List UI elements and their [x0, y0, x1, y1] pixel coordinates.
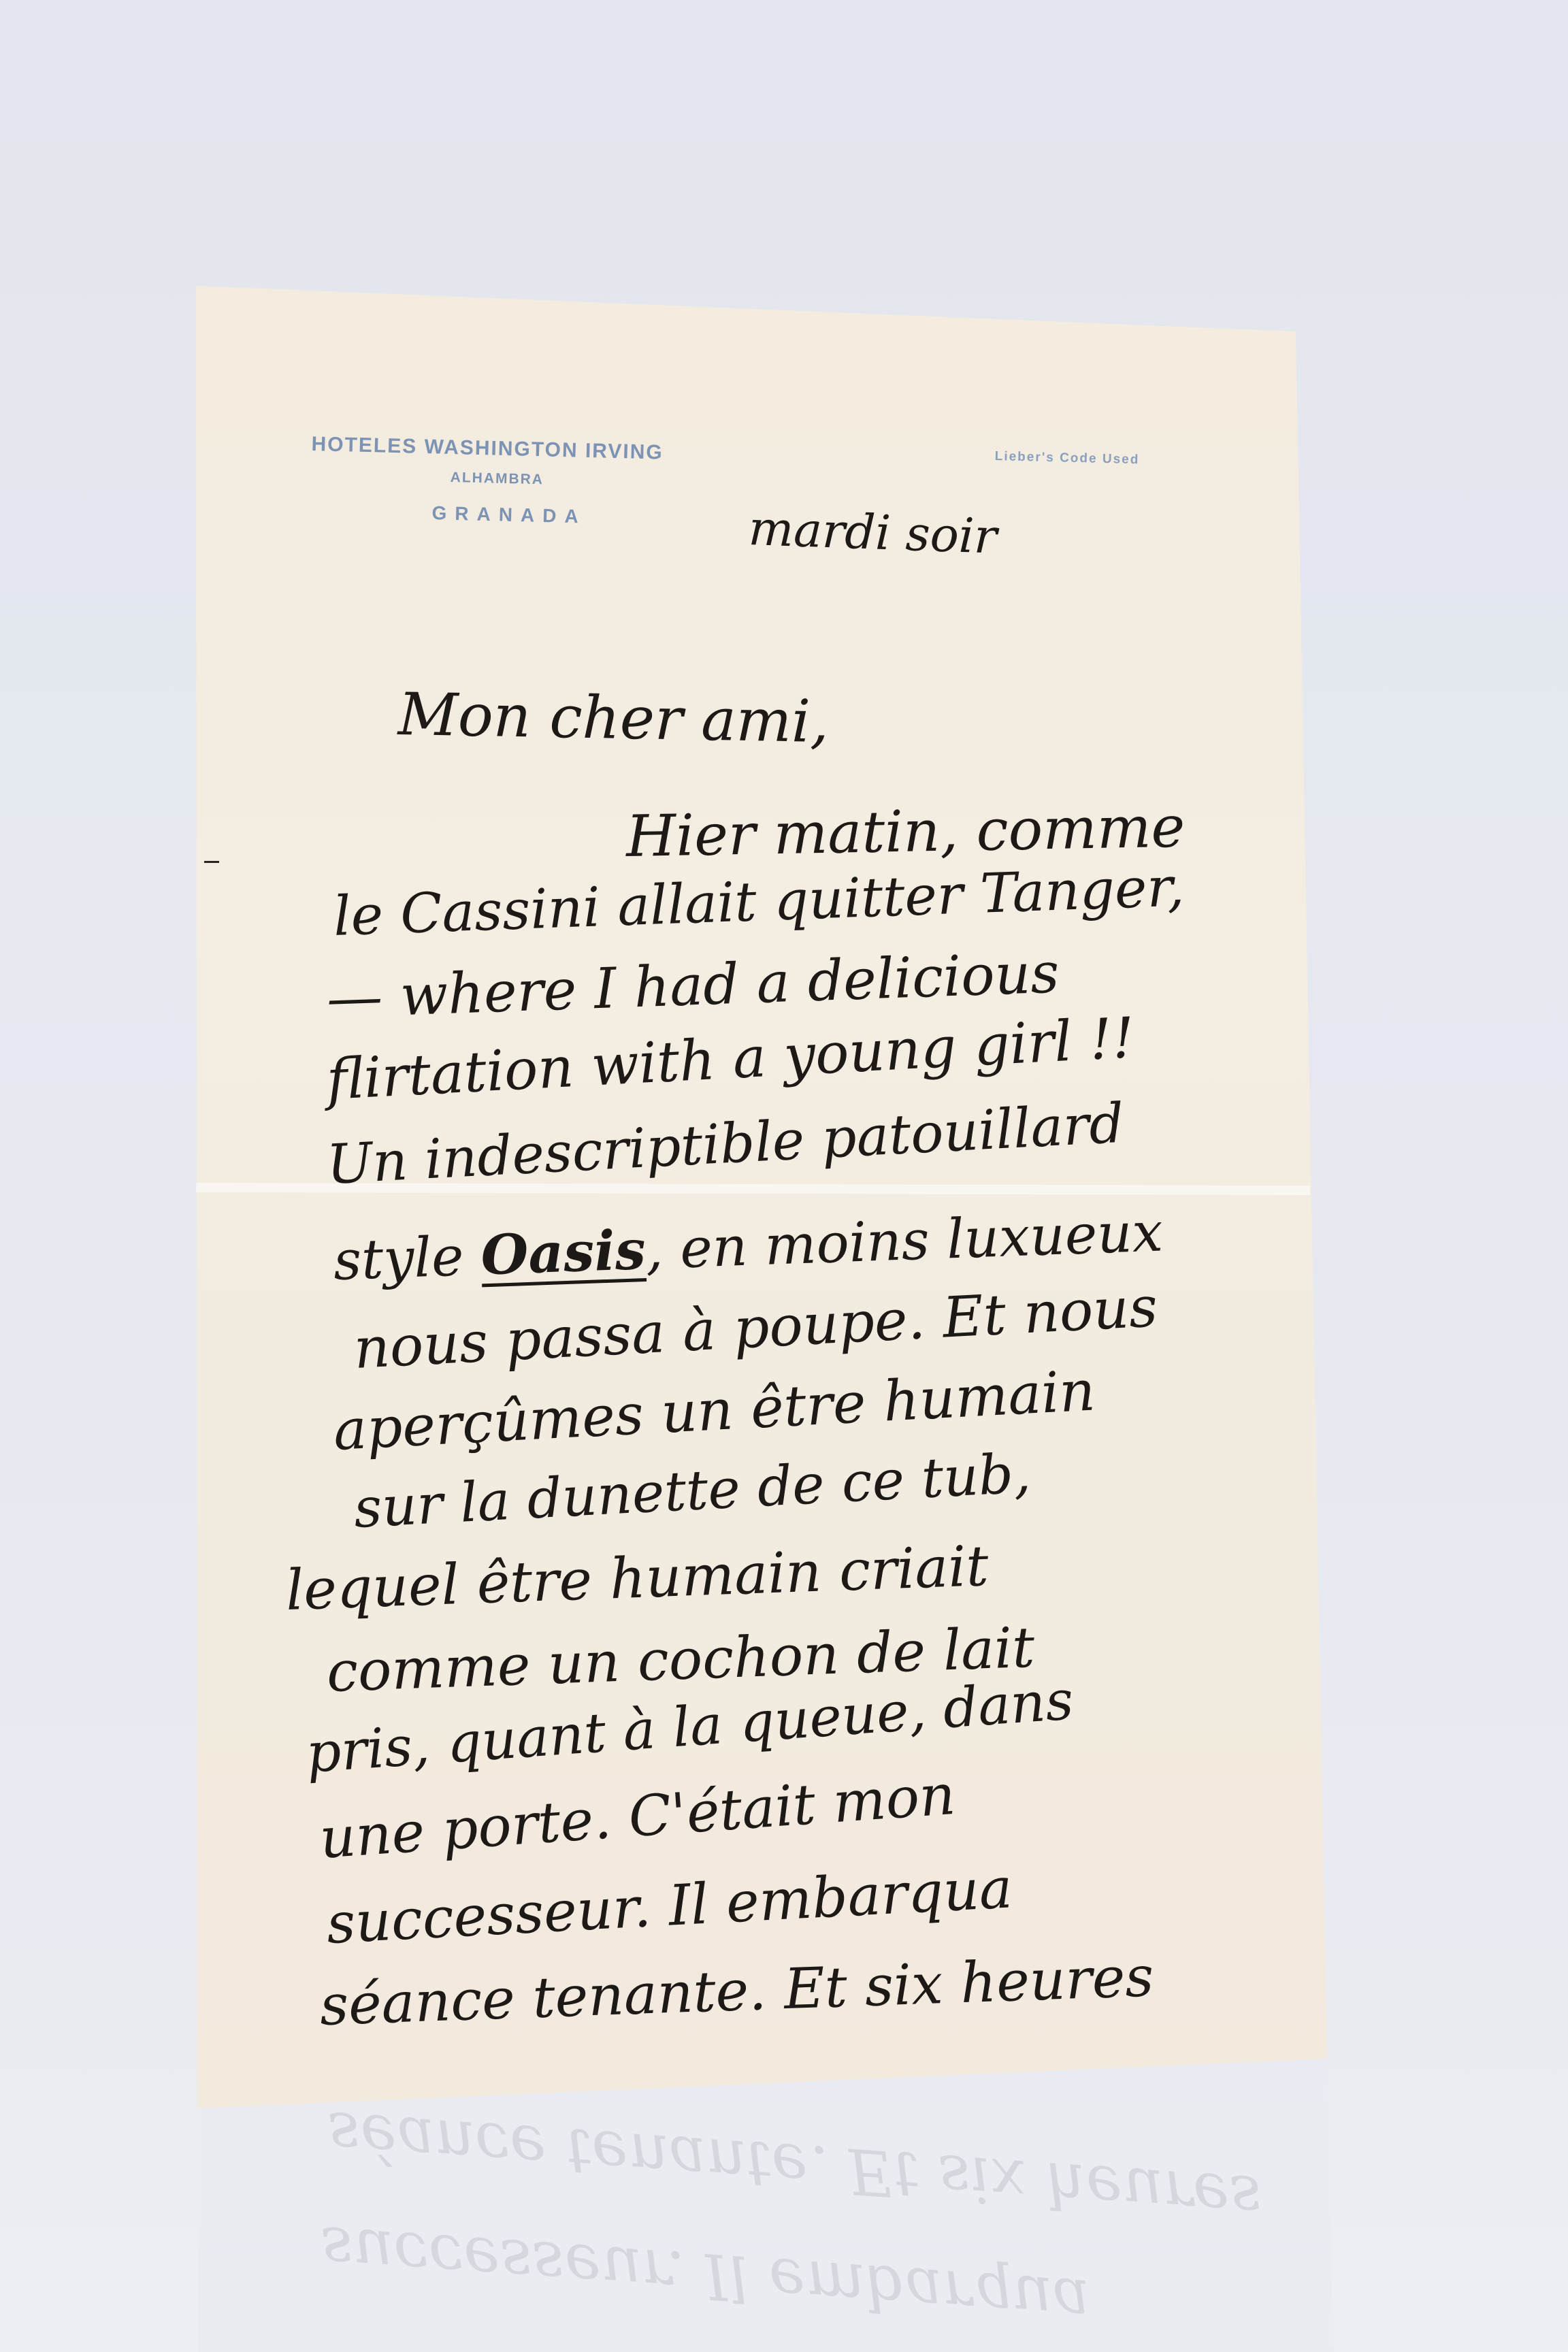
- body-line-6-prefix: style: [332, 1224, 482, 1292]
- salutation: Mon cher ami,: [397, 681, 830, 756]
- date-line: mardi soir: [748, 500, 998, 565]
- photo-stage: HOTELES WASHINGTON IRVING ALHAMBRA GRANA…: [0, 0, 1568, 2352]
- margin-mark: [204, 861, 219, 863]
- letterhead-city: GRANADA: [431, 502, 587, 528]
- letterhead-place: ALHAMBRA: [450, 470, 544, 488]
- underlined-word: Oasis: [480, 1218, 647, 1287]
